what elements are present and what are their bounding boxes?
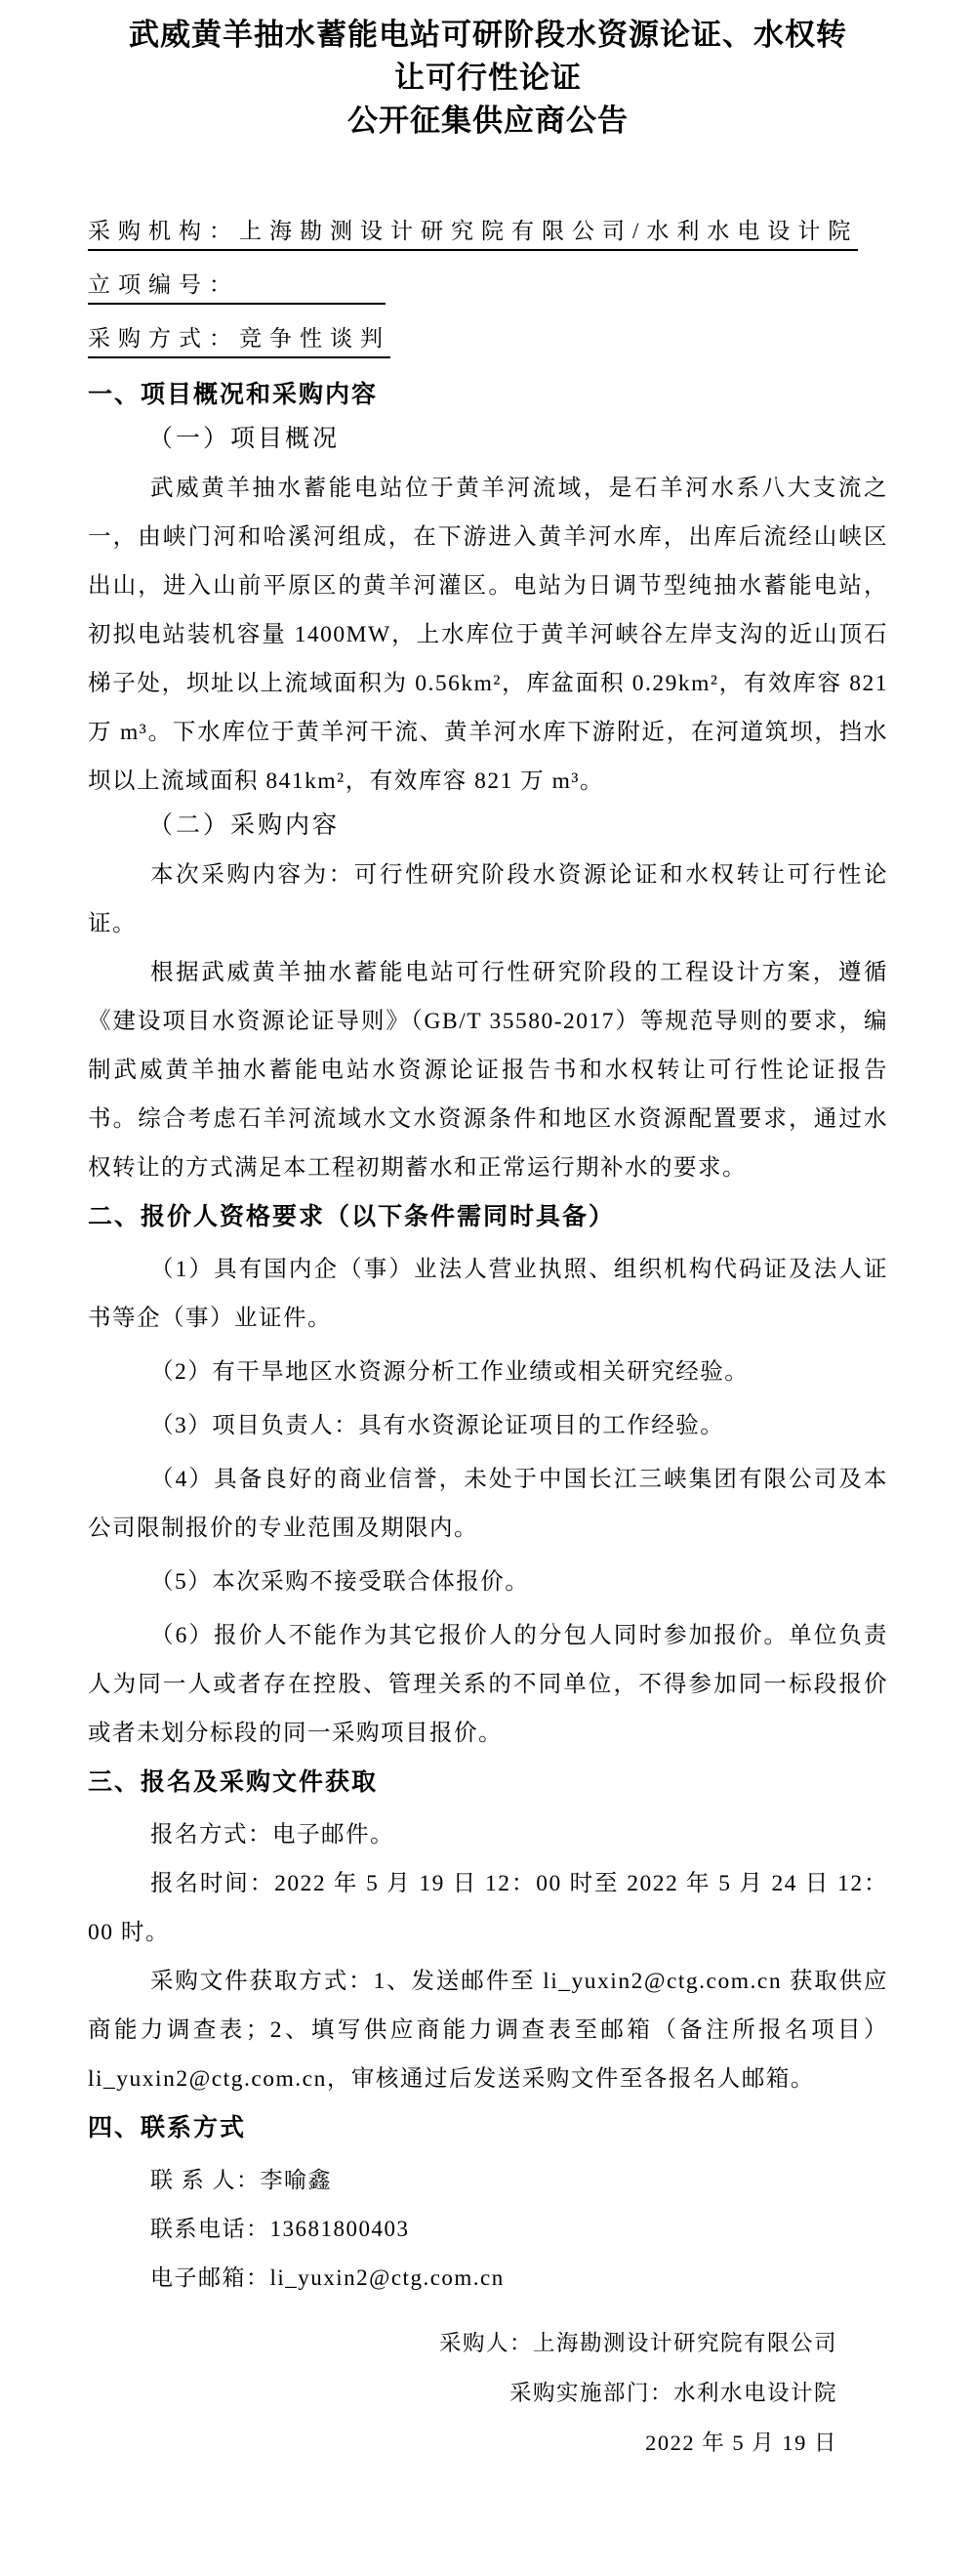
qualification-item-5: （5）本次采购不接受联合体报价。 xyxy=(88,1558,888,1606)
header-fields: 采购机构：上海勘测设计研究院有限公司/水利水电设计院 立项编号： 采购方式：竞争… xyxy=(88,217,888,358)
contact-email-line: 电子邮箱：li_yuxin2@ctg.com.cn xyxy=(88,2254,888,2303)
document-footer: 采购人：上海勘测设计研究院有限公司 采购实施部门：水利水电设计院 2022 年 … xyxy=(88,2318,888,2468)
project-overview-paragraph: 武威黄羊抽水蓄能电站位于黄羊河流域，是石羊河水系八大支流之一，由峡门河和哈溪河组… xyxy=(88,464,888,806)
qualification-item-3: （3）项目负责人：具有水资源论证项目的工作经验。 xyxy=(88,1401,888,1450)
section1-sub2-heading: （二）采购内容 xyxy=(88,810,888,843)
document-acquisition-paragraph: 采购文件获取方式：1、发送邮件至 li_yuxin2@ctg.com.cn 获取… xyxy=(88,1957,888,2103)
registration-time-paragraph: 报名时间：2022 年 5 月 19 日 12：00 时至 2022 年 5 月… xyxy=(88,1859,888,1957)
field-procurement-agency-underline: 采购机构：上海勘测设计研究院有限公司/水利水电设计院 xyxy=(88,217,858,251)
footer-department-line: 采购实施部门：水利水电设计院 xyxy=(88,2368,837,2418)
section4-heading: 四、联系方式 xyxy=(88,2111,888,2144)
contact-person-line: 联 系 人：李喻鑫 xyxy=(88,2156,888,2205)
section1-heading: 一、项目概况和采购内容 xyxy=(88,378,888,411)
registration-method-paragraph: 报名方式：电子邮件。 xyxy=(88,1810,888,1859)
field-procurement-method-value: 竞争性谈判 xyxy=(239,326,390,351)
field-procurement-agency-label: 采购机构： xyxy=(88,219,239,243)
document-subtitle: 公开征集供应商公告 xyxy=(88,100,888,143)
qualification-item-1: （1）具有国内企（事）业法人营业执照、组织机构代码证及法人证书等企（事）业证件。 xyxy=(88,1245,888,1343)
field-procurement-agency: 采购机构：上海勘测设计研究院有限公司/水利水电设计院 xyxy=(88,217,888,251)
field-procurement-agency-value: 上海勘测设计研究院有限公司/水利水电设计院 xyxy=(239,219,858,243)
field-procurement-method-label: 采购方式： xyxy=(88,326,239,351)
qualification-item-2: （2）有干旱地区水资源分析工作业绩或相关研究经验。 xyxy=(88,1348,888,1396)
contact-phone-line: 联系电话：13681800403 xyxy=(88,2205,888,2254)
field-project-number: 立项编号： xyxy=(88,270,888,305)
qualification-item-4: （4）具备良好的商业信誉，未处于中国长江三峡集团有限公司及本公司限制报价的专业范… xyxy=(88,1455,888,1553)
field-procurement-method: 采购方式：竞争性谈判 xyxy=(88,324,888,358)
document-title-line2: 让可行性论证 xyxy=(88,57,888,100)
procurement-basis-paragraph: 根据武威黄羊抽水蓄能电站可行性研究阶段的工程设计方案，遵循《建设项目水资源论证导… xyxy=(88,948,888,1192)
qualification-item-6: （6）报价人不能作为其它报价人的分包人同时参加报价。单位负责人为同一人或者存在控… xyxy=(88,1611,888,1758)
procurement-content-paragraph: 本次采购内容为：可行性研究阶段水资源论证和水权转让可行性论证。 xyxy=(88,851,888,948)
field-project-number-label: 立项编号： xyxy=(88,272,239,297)
footer-date-line: 2022 年 5 月 19 日 xyxy=(88,2418,837,2468)
section1-sub1-heading: （一）项目概况 xyxy=(88,423,888,456)
document-title-line1: 武威黄羊抽水蓄能电站可研阶段水资源论证、水权转 xyxy=(88,14,888,57)
field-procurement-method-underline: 采购方式：竞争性谈判 xyxy=(88,324,390,358)
section3-heading: 三、报名及采购文件获取 xyxy=(88,1766,888,1799)
section2-heading: 二、报价人资格要求（以下条件需同时具备） xyxy=(88,1200,888,1233)
field-project-number-underline: 立项编号： xyxy=(88,270,386,305)
document-page: 武威黄羊抽水蓄能电站可研阶段水资源论证、水权转 让可行性论证 公开征集供应商公告… xyxy=(0,0,976,2576)
footer-purchaser-line: 采购人：上海勘测设计研究院有限公司 xyxy=(88,2318,837,2368)
